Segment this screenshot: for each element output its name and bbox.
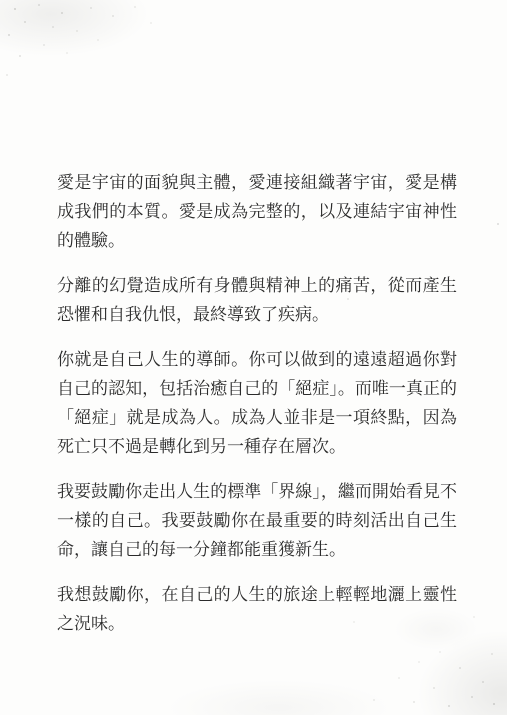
- scan-noise-top-left: [0, 0, 2, 2]
- body-text: 愛是宇宙的面貌與主體，愛連接組織著宇宙，愛是構成我們的本質。愛是成為完整的，以及…: [57, 168, 457, 654]
- scan-noise-bottom-right: [503, 711, 505, 713]
- paragraph-4: 我要鼓勵你走出人生的標準「界線」，繼而開始看見不一樣的自己。我要鼓勵你在最重要的…: [57, 477, 457, 564]
- paragraph-1: 愛是宇宙的面貌與主體，愛連接組織著宇宙，愛是構成我們的本質。愛是成為完整的，以及…: [57, 168, 457, 255]
- paragraph-5: 我想鼓勵你，在自己的人生的旅途上輕輕地灑上靈性之況味。: [57, 580, 457, 638]
- paragraph-3: 你就是自己人生的導師。你可以做到的遠遠超過你對自己的認知，包括治癒自己的「絕症」…: [57, 345, 457, 461]
- paragraph-2: 分離的幻覺造成所有身體與精神上的痛苦，從而產生恐懼和自我仇恨，最終導致了疾病。: [57, 271, 457, 329]
- scanned-page: 愛是宇宙的面貌與主體，愛連接組織著宇宙，愛是構成我們的本質。愛是成為完整的，以及…: [0, 0, 507, 715]
